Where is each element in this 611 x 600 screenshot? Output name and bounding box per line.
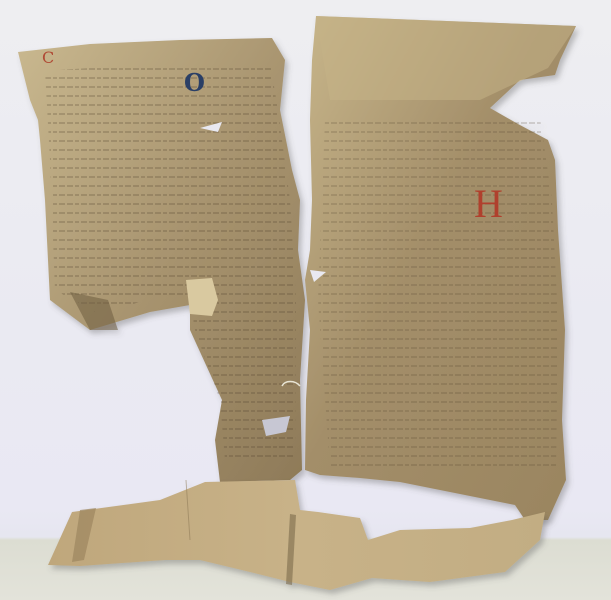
bottom-strip (48, 480, 545, 590)
parchment-fragments (0, 0, 611, 600)
left-leaf (18, 38, 305, 482)
right-leaf (305, 16, 576, 520)
manuscript-photo: O H C (0, 0, 611, 600)
